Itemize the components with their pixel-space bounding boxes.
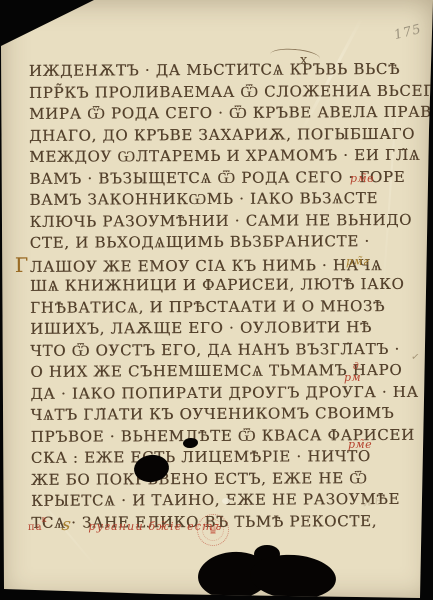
folio-number: 175 [393,22,424,43]
margin-note-superscript: д [353,362,359,372]
parchment-leaf: 175 х ижденѫтъ · да мьститсѧ кръвь вьсѣ … [0,0,433,600]
text-line: что ѿ оустъ его, да нанъ възгл̃атъ · [30,339,360,362]
text-line: о них же сънемшемсѧ тьмамъ наро [30,360,360,383]
text-line: гнѣватисѧ, и прѣстаати и о мнозѣ [30,296,360,319]
text-line: чѧтъ гл̃ати къ оученикомъ своимъ [31,403,361,426]
text-line: днаго, до кръве захариѫ, погыбшаго [29,124,359,147]
margin-section-number-142: рм̃в [350,172,374,185]
rubric-abbr-text: па [28,522,43,533]
library-stamp: ♛ [197,514,229,546]
margin-section-number-144: рмд [344,371,361,384]
text-line: ижденѫтъ · да мьститсѧ кръвь вьсѣ [29,59,359,82]
manuscript-photo: 175 х ижденѫтъ · да мьститсѧ кръвь вьсѣ … [0,0,433,600]
parchment-flaw-spot [222,498,230,504]
text-line: ишихъ, лаѫще его · оуловити нѣ [30,317,360,340]
main-text-block: ижденѫтъ · да мьститсѧ кръвь вьсѣ прр̃къ… [29,59,361,534]
rubric-abbr-superscript: к [42,515,48,524]
text-line: же бо покръвено естъ, еже не ѿ [31,468,361,491]
text-line: лашоу же емоу сіа къ нимь · начѧ [30,256,383,276]
paragraph-initial: Г [15,254,29,276]
faint-pen-trial: ль [362,493,385,510]
text-line: да · ıако попирати дроугъ дроуга · на [30,382,360,405]
text-line: мира ѿ рода сего · ѿ кръве авела праве [29,102,359,125]
text-line: шѧ книжници и фарисеи, лютѣ ıако [30,274,360,297]
margin-note-base: рм [344,371,361,384]
margin-check-mark: ✓ [410,351,420,363]
text-line: крыетсѧ · и таино, еже не разоумѣе [31,489,361,512]
rubric-abbreviation: пак [28,522,43,533]
text-line-with-initial: Глашоу же емоу сіа къ нимь · начѧ [30,253,360,276]
text-line: вамъ законникѡмь · ıако вьзѧсте [29,188,359,211]
ink-blot-bottom-right [249,552,338,600]
bottom-rubric-line: пак ѕ ругании бж̃іе естъ [28,515,222,535]
text-line: вамъ · възыщетсѧ ѿ рода сего · горе [29,167,359,190]
text-line: сте, и вьходѧщимь вьзбранисте · [30,231,360,254]
text-line: ска : еже есть лицемѣріе · ничто [31,446,361,469]
text-line: ключь разоумѣнии · сами не вьнидо [30,210,360,233]
text-line: междоу ѡлтаремь и храмомъ · еи гл̃ѧ [29,145,359,168]
rubric-numeral: ѕ [61,515,73,535]
margin-section-number-143: рм̃г [346,255,369,268]
margin-section-number-145: рм̃е [348,438,372,451]
text-line: прр̃къ проливаемаа ѿ сложениа вьсего [29,81,359,104]
crown-icon: ♛ [208,524,218,537]
